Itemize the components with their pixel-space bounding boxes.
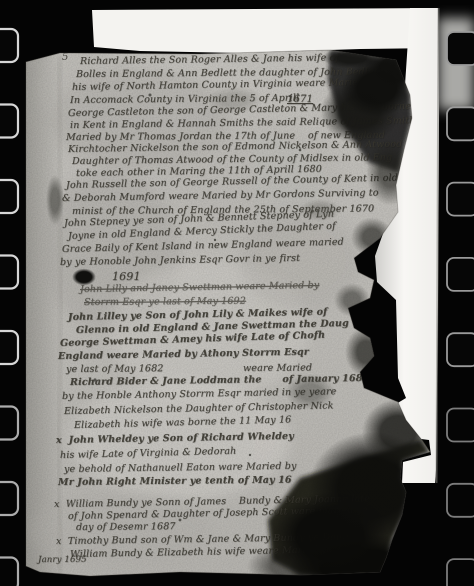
sprocket-hole — [447, 258, 474, 291]
page-number: 5 — [62, 52, 68, 63]
manuscript-line: his wife Late of Virginia & Dedorah — [60, 447, 237, 461]
sprocket-hole — [0, 180, 18, 213]
exposure-strip-top — [92, 8, 438, 53]
manuscript-line: by the Honble Anthony Storrm Esqr maried… — [62, 387, 337, 401]
sprocket-hole — [447, 484, 474, 517]
sprocket-hole — [0, 105, 18, 138]
manuscript-line: weare Maried — [243, 363, 312, 373]
sprocket-hole — [447, 559, 474, 586]
sprocket-hole — [0, 331, 18, 364]
sprocket-hole — [0, 558, 18, 586]
manuscript-line: 1691 — [112, 271, 141, 282]
sprocket-hole — [0, 407, 18, 440]
sprocket-hole — [447, 333, 474, 366]
manuscript-line: Elizabeth his wife was borne the 11 May … — [74, 415, 292, 430]
manuscript-line: England weare Maried by Athony Storrm Es… — [58, 348, 309, 362]
manuscript-line: & Deborah Mumford weare Maried by Mr Gor… — [62, 188, 379, 203]
manuscript-line: William Bundy & Elizabeth his wife weare… — [70, 545, 342, 559]
sprocket-hole — [447, 409, 474, 442]
manuscript-line: Mr John Right Minister ye tenth of May 1… — [58, 476, 292, 488]
manuscript-line: John Lilly and Janey Swettman weare Mari… — [80, 281, 319, 295]
manuscript-line: ye behold of Nathanuell Eaton ware Marie… — [64, 462, 297, 475]
sprocket-hole — [447, 183, 474, 216]
manuscript-line: ye last of May 1682 — [66, 364, 164, 374]
manuscript-line: Storrm Esqr ye last of May 1692 — [84, 297, 246, 308]
sprocket-hole — [0, 29, 18, 62]
manuscript-line: in Kent in England & Hannah Smiths the s… — [70, 116, 415, 130]
manuscript-line: by ye Honoble John Jenkins Esqr Govr in … — [60, 254, 300, 268]
manuscript-line: x John Wheldey ye Son of Richard Wheldey — [56, 432, 294, 446]
manuscript-line: Richard Alles the Son Roger Alles & Jane… — [80, 53, 339, 66]
sprocket-hole — [447, 32, 474, 65]
manuscript-line: day of Desemr 1687 — [76, 522, 176, 532]
manuscript-line: Janry 1695 — [38, 556, 87, 565]
sprocket-hole — [447, 107, 474, 140]
microfilm-frame: 5 Richard Alles the Son Roger Alles & Ja… — [0, 0, 474, 586]
sprocket-hole — [0, 482, 18, 515]
manuscript-line: Elizabeth Nickelson the Daughter of Chri… — [64, 401, 334, 416]
sprocket-hole — [0, 256, 18, 289]
